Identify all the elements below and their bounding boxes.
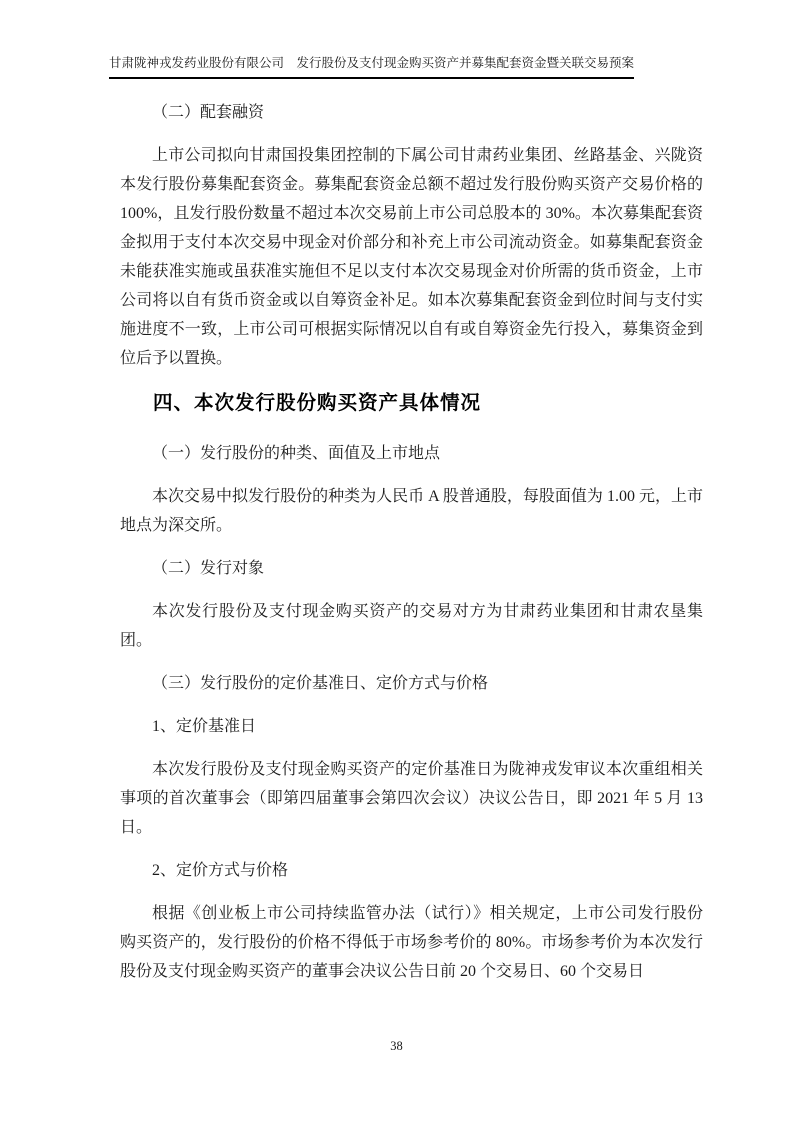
paragraph-share-type-detail: 本次交易中拟发行股份的种类为人民币 A 股普通股，每股面值为 1.00 元，上市… — [120, 482, 703, 540]
listheading-pricing-base-date: 1、定价基准日 — [120, 712, 703, 741]
listheading-pricing-method: 2、定价方式与价格 — [120, 856, 703, 885]
paragraph-pricing-base-date-detail: 本次发行股份及支付现金购买资产的定价基准日为陇神戎发审议本次重组相关事项的首次董… — [120, 755, 703, 842]
subheading-issuance-targets: （二）发行对象 — [120, 554, 703, 583]
paragraph-issuance-targets-detail: 本次发行股份及支付现金购买资产的交易对方为甘肃药业集团和甘肃农垦集团。 — [120, 597, 703, 655]
heading-section-four: 四、本次发行股份购买资产具体情况 — [120, 387, 703, 419]
subheading-supporting-financing: （二）配套融资 — [120, 98, 703, 127]
paragraph-supporting-financing-detail: 上市公司拟向甘肃国投集团控制的下属公司甘肃药业集团、丝路基金、兴陇资本发行股份募… — [120, 141, 703, 373]
paragraph-pricing-method-detail: 根据《创业板上市公司持续监管办法（试行）》相关规定，上市公司发行股份购买资产的，… — [120, 899, 703, 986]
page-number: 38 — [390, 1039, 403, 1053]
subheading-share-type-par-value-listing: （一）发行股份的种类、面值及上市地点 — [120, 439, 703, 468]
header-title: 甘肃陇神戎发药业股份有限公司 发行股份及支付现金购买资产并募集配套资金暨关联交易… — [109, 56, 634, 79]
page-header: 甘肃陇神戎发药业股份有限公司 发行股份及支付现金购买资产并募集配套资金暨关联交易… — [120, 54, 703, 79]
document-content: （二）配套融资 上市公司拟向甘肃国投集团控制的下属公司甘肃药业集团、丝路基金、兴… — [120, 98, 703, 1000]
page-footer: 38 — [0, 1038, 793, 1054]
subheading-pricing-basis: （三）发行股份的定价基准日、定价方式与价格 — [120, 669, 703, 698]
document-page: 甘肃陇神戎发药业股份有限公司 发行股份及支付现金购买资产并募集配套资金暨关联交易… — [0, 0, 793, 1122]
